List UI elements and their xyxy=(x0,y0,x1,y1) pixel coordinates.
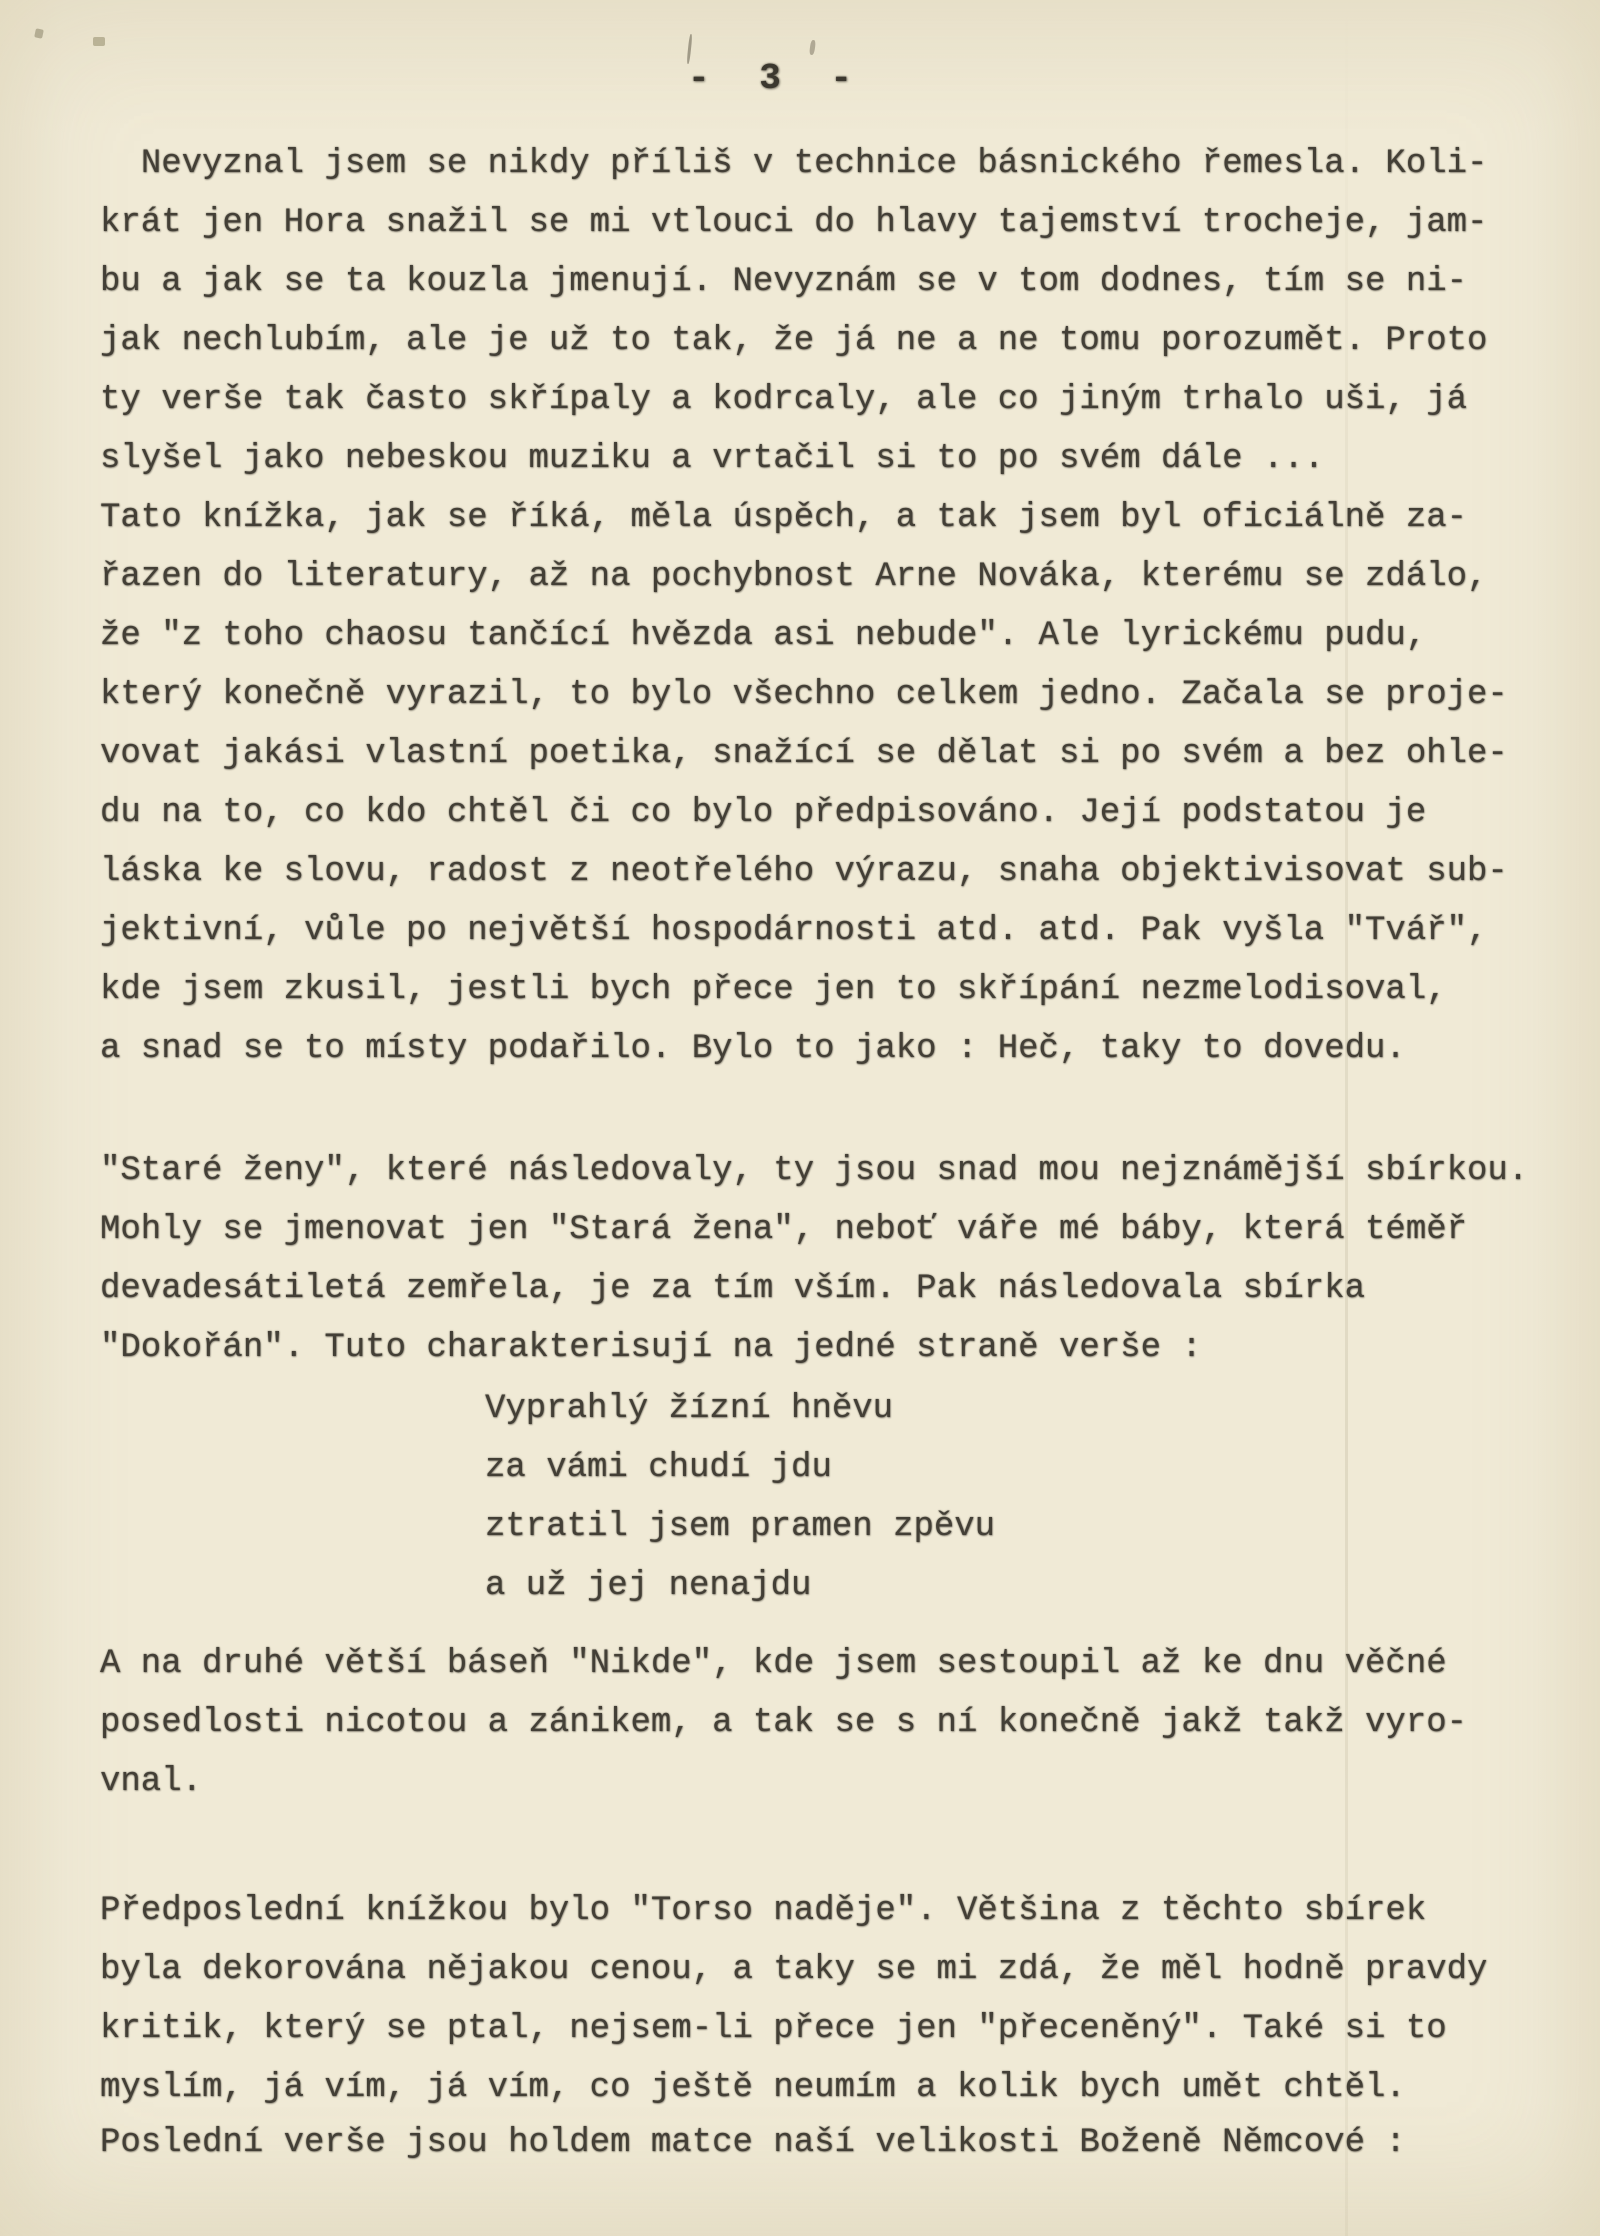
paragraph-stare-zeny: "Staré ženy", které následovaly, ty jsou… xyxy=(100,1142,1560,1378)
paragraph-craft-of-poetry: Nevyznal jsem se nikdy příliš v technice… xyxy=(100,135,1560,1079)
page-number: - 3 - xyxy=(688,58,866,100)
paragraph-nikde: A na druhé větší báseň "Nikde", kde jsem… xyxy=(100,1635,1560,1812)
closing-line: Poslední verše jsou holdem matce naší ve… xyxy=(100,2114,1560,2173)
ink-speck xyxy=(93,37,105,46)
scanned-typewritten-page: - 3 - Nevyznal jsem se nikdy příliš v te… xyxy=(0,0,1600,2236)
paragraph-torso-nadeje: Předposlední knížkou bylo "Torso naděje"… xyxy=(100,1882,1560,2118)
verse-quotation: Vyprahlý žízní hněvu za vámi chudí jdu z… xyxy=(485,1380,1385,1616)
ink-speck xyxy=(34,28,44,38)
ink-smudge xyxy=(809,40,816,56)
